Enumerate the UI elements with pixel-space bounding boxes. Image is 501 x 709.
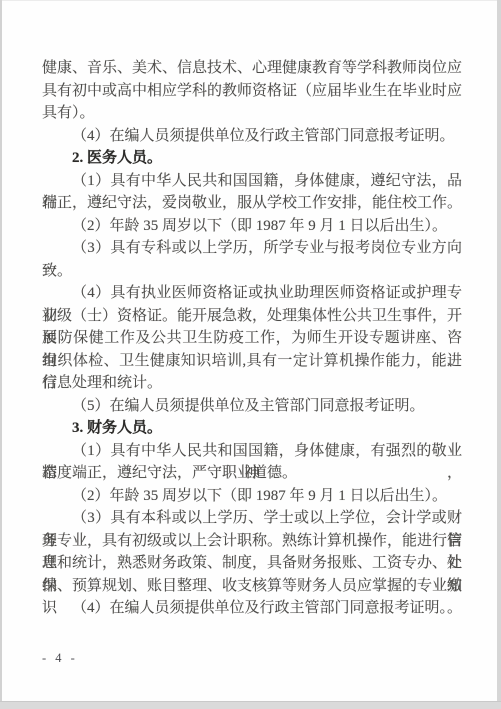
text-line: （4）在编人员须提供单位及行政主管部门同意报考证明。 — [42, 125, 462, 148]
section-heading-medical-staff: 2. 医务人员。 — [42, 147, 462, 170]
text-line: 初级（士）资格证。能开展急救，处理集体性公共卫生事件，开展 — [42, 305, 462, 328]
scan-edge-left — [0, 0, 2, 709]
text-line: （4）在编人员须提供单位及行政主管部门同意报考证明。 — [42, 597, 462, 620]
text-line: 理专业，具有初级或以上会计职称。熟练计算机操作，能进行信息处 — [42, 530, 462, 553]
page-number: - 4 - — [42, 650, 78, 666]
text-line: 理和统计，熟悉财务政策、制度，具备财务报账、工资专办、社保缴 — [42, 552, 462, 575]
text-line: （2）年龄 35 周岁以下（即 1987 年 9 月 1 日以后出生）。 — [42, 215, 462, 238]
text-line: 纳、预算规划、账目整理、收支核算等财务人员应掌握的专业知识。 — [42, 575, 462, 598]
section-heading-finance-staff: 3. 财务人员。 — [42, 417, 462, 440]
text-line: 具有初中或高中相应学科的教师资格证（应届毕业生在毕业时应 — [42, 80, 462, 103]
text-line: （3）具有专科或以上学历，所学专业与报考岗位专业方向一 — [42, 237, 462, 260]
text-line: （1）具有中华人民共和国国籍，身体健康，有强烈的敬业精神， — [42, 440, 462, 463]
text-line: （3）具有本科或以上学历、学士或以上学位，会计学或财务管 — [42, 507, 462, 530]
document-page: 健康、音乐、美术、信息技术、心理健康教育等学科教师岗位应 具有初中或高中相应学科… — [0, 0, 501, 709]
text-line: （1）具有中华人民共和国国籍，身体健康，遵纪守法，品行 — [42, 170, 462, 193]
text-line: 健康、音乐、美术、信息技术、心理健康教育等学科教师岗位应 — [42, 57, 462, 80]
scan-edge-bottom — [0, 701, 501, 709]
document-body: 健康、音乐、美术、信息技术、心理健康教育等学科教师岗位应 具有初中或高中相应学科… — [42, 57, 462, 620]
text-line: 致。 — [42, 260, 462, 283]
text-line: （4）具有执业医师资格证或执业助理医师资格证或护理专业 — [42, 282, 462, 305]
scan-edge-right — [497, 0, 501, 709]
text-line: （5）在编人员须提供单位及主管部门同意报考证明。 — [42, 395, 462, 418]
scan-edge-top — [0, 0, 501, 1]
text-line: 信息处理和统计。 — [42, 372, 462, 395]
text-line: 端正，遵纪守法，爱岗敬业，服从学校工作安排，能住校工作。 — [42, 192, 462, 215]
text-line: （2）年龄 35 周岁以下（即 1987 年 9 月 1 日以后出生）。 — [42, 485, 462, 508]
text-line: 组织体检、卫生健康知识培训,具有一定计算机操作能力，能进行 — [42, 350, 462, 373]
text-line: 预防保健工作及公共卫生防疫工作，为师生开设专题讲座、咨询、 — [42, 327, 462, 350]
text-line: 具有）。 — [42, 102, 462, 125]
